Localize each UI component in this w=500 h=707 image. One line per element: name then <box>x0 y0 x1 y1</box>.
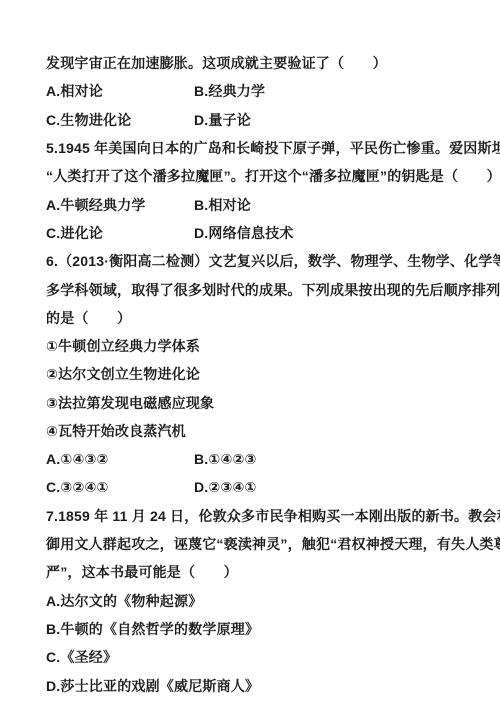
q6-stem-line1: 6.（2013·衡阳高二检测）文艺复兴以后，数学、物理学、生物学、化学等众 <box>46 247 466 275</box>
q5-option-c: C.进化论 <box>46 223 194 243</box>
q7-option-b-row: B.牛顿的《自然哲学的数学原理》 <box>46 615 466 643</box>
q5-stem-line1-text: 5.1945 年美国向日本的广岛和长崎投下原子弹，平民伤亡惨重。爱因斯坦认为 <box>46 138 500 158</box>
q4-stem: 发现宇宙正在加速膨胀。这项成就主要验证了（ ） <box>46 49 466 77</box>
q5-stem-line2: “人类打开了这个潘多拉魔匣”。打开这个“潘多拉魔匣”的钥匙是（ ） <box>46 162 466 190</box>
exam-document-body: 发现宇宙正在加速膨胀。这项成就主要验证了（ ） A.相对论 B.经典力学 C.生… <box>46 49 466 700</box>
q5-options-row-cd: C.进化论 D.网络信息技术 <box>46 219 466 247</box>
q6-stem-line3-text: 的是（ ） <box>46 308 131 328</box>
q7-stem-line2: 御用文人群起攻之，诬蔑它“亵渎神灵”，触犯“君权神授天理，有失人类尊 <box>46 530 466 558</box>
q7-stem-line2-text: 御用文人群起攻之，诬蔑它“亵渎神灵”，触犯“君权神授天理，有失人类尊 <box>46 534 500 554</box>
q6-item-3-text: ③法拉第发现电磁感应现象 <box>46 393 214 413</box>
q7-stem-line1-text: 7.1859 年 11 月 24 日，伦敦众多市民争相购买一本刚出版的新书。教会… <box>46 506 500 526</box>
exam-page: 发现宇宙正在加速膨胀。这项成就主要验证了（ ） A.相对论 B.经典力学 C.生… <box>0 0 500 707</box>
q5-option-d: D.网络信息技术 <box>194 223 294 243</box>
q4-options-row-cd: C.生物进化论 D.量子论 <box>46 106 466 134</box>
q4-option-b: B.经典力学 <box>194 81 265 101</box>
q7-option-a-row: A.达尔文的《物种起源》 <box>46 587 466 615</box>
q7-option-b: B.牛顿的《自然哲学的数学原理》 <box>46 619 259 639</box>
q5-option-b: B.相对论 <box>194 195 251 215</box>
q6-item-4: ④瓦特开始改良蒸汽机 <box>46 417 466 445</box>
q6-item-2-text: ②达尔文创立生物进化论 <box>46 364 200 384</box>
q6-stem-line2: 多学科领域，取得了很多划时代的成果。下列成果按出现的先后顺序排列正确 <box>46 275 466 303</box>
q5-stem-line2-text: “人类打开了这个潘多拉魔匣”。打开这个“潘多拉魔匣”的钥匙是（ ） <box>46 166 500 186</box>
q7-option-d-row: D.莎士比亚的戏剧《威尼斯商人》 <box>46 672 466 700</box>
q4-option-c: C.生物进化论 <box>46 110 194 130</box>
q6-item-1: ①牛顿创立经典力学体系 <box>46 332 466 360</box>
q4-options-row-ab: A.相对论 B.经典力学 <box>46 77 466 105</box>
q6-option-b: B.①④②③ <box>194 451 257 468</box>
q6-option-d: D.②③④① <box>194 479 257 496</box>
q6-stem-line3: 的是（ ） <box>46 304 466 332</box>
q6-item-3: ③法拉第发现电磁感应现象 <box>46 389 466 417</box>
q4-option-d: D.量子论 <box>194 110 251 130</box>
q6-item-2: ②达尔文创立生物进化论 <box>46 360 466 388</box>
q6-options-row-cd: C.③②④① D.②③④① <box>46 473 466 501</box>
q7-option-c: C.《圣经》 <box>46 647 117 667</box>
q5-options-row-ab: A.牛顿经典力学 B.相对论 <box>46 190 466 218</box>
q7-stem-line1: 7.1859 年 11 月 24 日，伦敦众多市民争相购买一本刚出版的新书。教会… <box>46 502 466 530</box>
q5-stem-line1: 5.1945 年美国向日本的广岛和长崎投下原子弹，平民伤亡惨重。爱因斯坦认为 <box>46 134 466 162</box>
q4-stem-text: 发现宇宙正在加速膨胀。这项成就主要验证了（ ） <box>46 53 387 73</box>
q7-option-c-row: C.《圣经》 <box>46 643 466 671</box>
q7-stem-line3: 严”，这本书最可能是（ ） <box>46 558 466 586</box>
q5-option-a: A.牛顿经典力学 <box>46 195 194 215</box>
q7-option-d: D.莎士比亚的戏剧《威尼斯商人》 <box>46 676 259 696</box>
q4-option-a: A.相对论 <box>46 81 194 101</box>
q6-stem-line1-text: 6.（2013·衡阳高二检测）文艺复兴以后，数学、物理学、生物学、化学等众 <box>46 251 500 271</box>
q6-option-c: C.③②④① <box>46 479 194 496</box>
q7-option-a: A.达尔文的《物种起源》 <box>46 591 202 611</box>
q6-option-a: A.①④③② <box>46 451 194 468</box>
q6-item-4-text: ④瓦特开始改良蒸汽机 <box>46 421 186 441</box>
q6-item-1-text: ①牛顿创立经典力学体系 <box>46 336 200 356</box>
q6-stem-line2-text: 多学科领域，取得了很多划时代的成果。下列成果按出现的先后顺序排列正确 <box>46 280 500 300</box>
q6-options-row-ab: A.①④③② B.①④②③ <box>46 445 466 473</box>
q7-stem-line3-text: 严”，这本书最可能是（ ） <box>46 562 238 582</box>
